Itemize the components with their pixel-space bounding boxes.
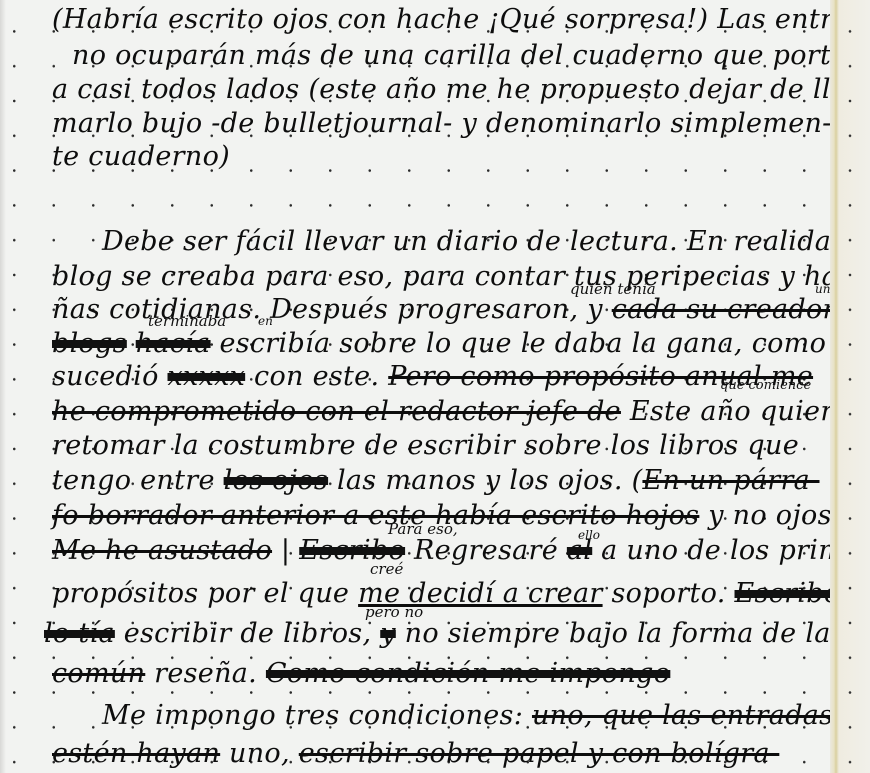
handwritten-line: tengo entre los ojos las manos y los ojo…	[52, 465, 870, 496]
handwritten-line: fo borrador anterior a este había escrit…	[52, 500, 870, 531]
interlinear-insertion: quien tenía	[570, 280, 656, 298]
handwritten-line: lo tía escribir de libros, y no siempre …	[44, 618, 870, 649]
interlinear-insertion: ello	[578, 528, 600, 542]
struck-text: común	[52, 658, 145, 689]
line-text: propósitos por el que	[52, 578, 358, 609]
line-text: no ocuparán más de una carilla del cuade…	[72, 40, 848, 71]
line-text: tengo entre	[52, 465, 224, 496]
handwritten-line: te cuaderno)	[52, 141, 870, 172]
interlinear-insertion: Para eso,	[388, 520, 458, 538]
handwritten-line: he comprometido con el redactor jefe de …	[52, 396, 870, 427]
line-text: |	[272, 535, 299, 566]
line-text: a uno de los primero	[592, 535, 870, 566]
line-text: (Habría escrito ojos con hache ¡Qué sorp…	[52, 4, 870, 35]
handwritten-line: Me impongo tres condiciones: uno, que la…	[102, 700, 870, 731]
line-text: ñas cotidianas. Después progresaron, y	[52, 294, 612, 325]
handwritten-line: Debe ser fácil llevar un diario de lectu…	[102, 226, 870, 257]
struck-text: uno, que las entradas	[532, 700, 833, 731]
line-text: soporto.	[603, 578, 735, 609]
struck-text: y	[380, 618, 396, 649]
line-text: escribía sobre lo que le daba la gana, c…	[211, 328, 827, 359]
handwritten-line: blogs hacía escribía sobre lo que le dab…	[52, 328, 870, 359]
line-text: con este.	[245, 361, 388, 392]
handwritten-line: estén hayan uno, escribir sobre papel y …	[52, 738, 870, 769]
handwritten-line: común reseña. Como condición me impongo	[52, 658, 870, 689]
struck-text: En un párra-	[642, 465, 819, 496]
interlinear-insertion: creé	[370, 560, 403, 578]
interlinear-insertion: en	[258, 314, 273, 328]
line-text: reseña.	[145, 658, 266, 689]
notebook-page: (Habría escrito ojos con hache ¡Qué sorp…	[0, 0, 830, 773]
line-text: escribir de libros,	[115, 618, 380, 649]
line-text: no siempre bajo la forma de la	[396, 618, 831, 649]
handwritten-line: marlo bujo -de bulletjournal- y denomina…	[52, 108, 870, 139]
struck-text: estén hayan	[52, 738, 220, 769]
line-text: sucedió	[52, 361, 168, 392]
interlinear-insertion: pero no	[365, 603, 423, 621]
line-text: a casi todos lados (este año me he propu…	[52, 74, 857, 105]
struck-text: lo tía	[44, 618, 115, 649]
struck-text: Me he asustado	[52, 535, 272, 566]
line-text: te cuaderno)	[52, 141, 230, 172]
struck-text: blogs	[52, 328, 127, 359]
line-text: Regresaré	[405, 535, 567, 566]
page-edge	[0, 0, 6, 773]
handwritten-line: a casi todos lados (este año me he propu…	[52, 74, 870, 105]
line-text: Este año quiero	[621, 396, 850, 427]
interlinear-insertion: terminaba	[148, 312, 226, 330]
line-text: uno,	[220, 738, 299, 769]
struck-text: hacía	[136, 328, 211, 359]
line-text: las manos y los ojos. (	[328, 465, 642, 496]
notebook-gutter	[830, 0, 870, 773]
handwritten-line: (Habría escrito ojos con hache ¡Qué sorp…	[52, 4, 870, 35]
line-text: y no ojos.	[699, 500, 840, 531]
line-text: blog se creaba para eso, para contar tus…	[52, 261, 870, 292]
line-text: Me impongo tres condiciones:	[102, 700, 532, 731]
struck-text: los ojos	[224, 465, 328, 496]
handwritten-line: blog se creaba para eso, para contar tus…	[52, 261, 870, 292]
line-text: retomar la costumbre de escribir sobre l…	[52, 430, 799, 461]
handwritten-line: retomar la costumbre de escribir sobre l…	[52, 430, 870, 461]
struck-text: Como condición me impongo	[266, 658, 670, 689]
handwritten-line: propósitos por el que me decidí a crear …	[52, 578, 870, 609]
interlinear-insertion: que comience	[720, 378, 811, 393]
struck-text: fo borrador anterior a este había escrit…	[52, 500, 699, 531]
line-text: marlo bujo -de bulletjournal- y denomina…	[52, 108, 832, 139]
handwritten-line: Me he asustado | Escribo Regresaré al a …	[52, 535, 870, 566]
struck-text: xxxxx	[168, 361, 246, 392]
handwritten-line: no ocuparán más de una carilla del cuade…	[72, 40, 870, 71]
line-text: Debe ser fácil llevar un diario de lectu…	[102, 226, 870, 257]
struck-text: escribir sobre papel y con bolígra-	[299, 738, 780, 769]
struck-text: he comprometido con el redactor jefe de	[52, 396, 621, 427]
